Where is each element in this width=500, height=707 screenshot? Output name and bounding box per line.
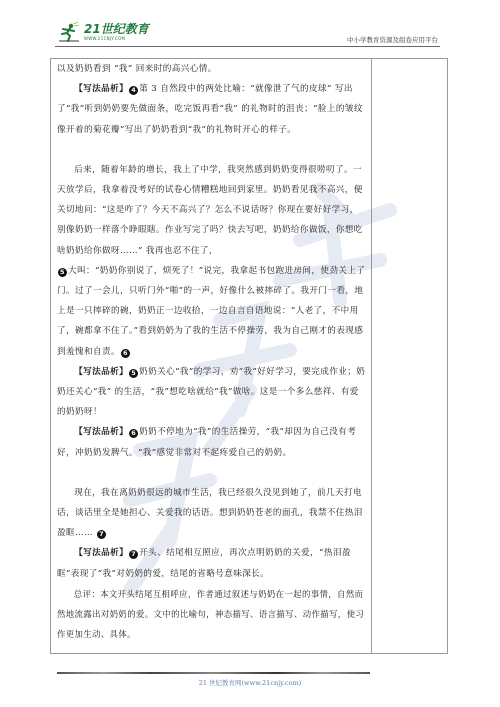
analysis-6: 【写法品析】6奶奶不停地为“我”的生活操劳，“我”却因为自己没有考好，冲奶奶发脾…: [57, 422, 367, 462]
paragraph-text: 大叫：“奶奶你别说了，烦死了！”说完，我拿起书包跑进房间，使劲关上了门。过了一会…: [57, 266, 365, 357]
analysis-7: 【写法品析】7开头、结尾相互照应，再次点明奶奶的关爱，“热泪盈眶”表现了“我”对…: [57, 543, 367, 583]
paragraph-now: 现在，我在离奶奶很远的城市生活，我已经很久没见到她了，前几天打电话，谈话里全是她…: [57, 483, 367, 544]
page-header: 21世纪教育 WWW.21CNJY.COM 中小学教育资源及组卷应用平台: [55, 20, 440, 47]
footer-link[interactable]: 21 世纪教育网(www.21cnjy.com): [0, 678, 500, 687]
analysis-5: 【写法品析】5奶奶关心“我”的学习，劝“我”好好学习，要完成作业；奶奶还关心“我…: [57, 362, 367, 423]
footer-divider: [57, 672, 370, 674]
essay-content: 以及奶奶看到 “我” 回来时的高兴心情。 【写法品析】4第 3 自然段中的两处比…: [57, 59, 367, 644]
column-divider: [371, 59, 372, 653]
circled-number-icon: 7: [97, 530, 106, 539]
circled-number-icon: 5: [129, 369, 138, 378]
platform-tagline: 中小学教育资源及组卷应用平台: [347, 35, 438, 44]
logo-url: WWW.21CNJY.COM: [84, 36, 149, 41]
circled-number-icon: 4: [129, 86, 138, 95]
circled-number-icon: 7: [129, 550, 138, 559]
logo: 21世纪教育 WWW.21CNJY.COM: [58, 22, 149, 42]
summary: 总评：本文开头结尾互相呼应，作者通过叙述与奶奶在一起的事情，自然而然地流露出对奶…: [57, 584, 367, 645]
circled-number-icon: 5: [58, 268, 67, 277]
logo-title: 21世纪教育: [84, 23, 149, 36]
intro-line: 以及奶奶看到 “我” 回来时的高兴心情。: [57, 59, 367, 79]
circled-number-icon: 6: [129, 429, 138, 438]
runner-logo-icon: [58, 22, 80, 42]
analysis-4: 【写法品析】4第 3 自然段中的两处比喻：“就像泄了气的皮球” 写出了“我”听到…: [57, 79, 367, 140]
analysis-label: 【写法品析】: [74, 548, 128, 558]
circled-number-icon: 6: [121, 349, 130, 358]
analysis-label: 【写法品析】: [74, 84, 128, 94]
analysis-label: 【写法品析】: [74, 427, 128, 437]
essay-table: 以及奶奶看到 “我” 回来时的高兴心情。 【写法品析】4第 3 自然段中的两处比…: [50, 58, 448, 654]
paragraph-later: 后来，随着年龄的增长，我上了中学，我突然感到奶奶变得很唠叨了。一天放学后，我拿着…: [57, 160, 367, 362]
analysis-label: 【写法品析】: [74, 367, 128, 377]
paragraph-text: 后来，随着年龄的增长，我上了中学，我突然感到奶奶变得很唠叨了。一天放学后，我拿着…: [57, 165, 363, 256]
